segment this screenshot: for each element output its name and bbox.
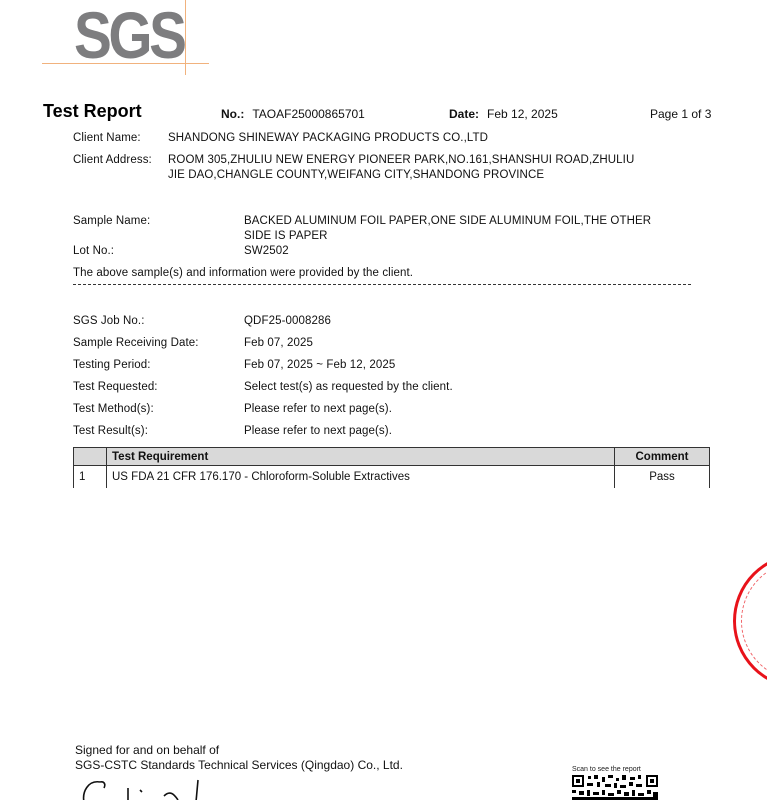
test-methods-value: Please refer to next page(s). bbox=[244, 403, 392, 415]
sgs-logo: SGS bbox=[74, 2, 184, 68]
signature-icon bbox=[78, 778, 218, 800]
test-results-label: Test Result(s): bbox=[73, 425, 148, 437]
testing-period-value: Feb 07, 2025 ~ Feb 12, 2025 bbox=[244, 359, 395, 371]
client-address-line2: JIE DAO,CHANGLE COUNTY,WEIFANG CITY,SHAN… bbox=[168, 169, 544, 181]
test-results-value: Please refer to next page(s). bbox=[244, 425, 392, 437]
test-requested-value: Select test(s) as requested by the clien… bbox=[244, 381, 453, 393]
report-number-value: TAOAF25000865701 bbox=[252, 107, 365, 121]
col-header-no bbox=[74, 448, 107, 466]
receiving-date-label: Sample Receiving Date: bbox=[73, 337, 199, 349]
testing-period-label: Testing Period: bbox=[73, 359, 151, 371]
page-indicator: Page 1 of 3 bbox=[650, 107, 711, 121]
report-date-label: Date: bbox=[449, 107, 479, 121]
client-address-label: Client Address: bbox=[73, 154, 152, 166]
row-no: 1 bbox=[74, 466, 107, 489]
row-comment: Pass bbox=[615, 466, 710, 489]
job-no-value: QDF25-0008286 bbox=[244, 315, 331, 327]
signing-company: SGS-CSTC Standards Technical Services (Q… bbox=[75, 758, 403, 772]
lot-no-label: Lot No.: bbox=[73, 245, 114, 257]
client-address-line1: ROOM 305,ZHULIU NEW ENERGY PIONEER PARK,… bbox=[168, 154, 634, 166]
results-table: Test Requirement Comment 1 US FDA 21 CFR… bbox=[73, 447, 710, 488]
sample-note: The above sample(s) and information were… bbox=[73, 267, 413, 279]
sample-name-label: Sample Name: bbox=[73, 215, 150, 227]
client-name-label: Client Name: bbox=[73, 132, 141, 144]
sample-name-line1: BACKED ALUMINUM FOIL PAPER,ONE SIDE ALUM… bbox=[244, 215, 651, 227]
col-header-requirement: Test Requirement bbox=[107, 448, 615, 466]
results-table-header: Test Requirement Comment bbox=[74, 448, 710, 466]
job-no-label: SGS Job No.: bbox=[73, 315, 145, 327]
report-number-label: No.: bbox=[221, 107, 244, 121]
report-title: Test Report bbox=[43, 101, 142, 122]
col-header-comment: Comment bbox=[615, 448, 710, 466]
dashed-divider bbox=[73, 284, 691, 285]
test-requested-label: Test Requested: bbox=[73, 381, 158, 393]
logo-accent-line-vertical bbox=[185, 0, 186, 75]
test-methods-label: Test Method(s): bbox=[73, 403, 154, 415]
report-date: Date:Feb 12, 2025 bbox=[449, 107, 558, 121]
signed-on-behalf: Signed for and on behalf of bbox=[75, 743, 219, 757]
qr-label: Scan to see the report bbox=[572, 766, 641, 773]
client-name-value: SHANDONG SHINEWAY PACKAGING PRODUCTS CO.… bbox=[168, 132, 488, 144]
lot-no-value: SW2502 bbox=[244, 245, 289, 257]
report-date-value: Feb 12, 2025 bbox=[487, 107, 558, 121]
report-number: No.:TAOAF25000865701 bbox=[221, 107, 365, 121]
receiving-date-value: Feb 07, 2025 bbox=[244, 337, 313, 349]
table-row: 1 US FDA 21 CFR 176.170 - Chloroform-Sol… bbox=[74, 466, 710, 489]
sample-name-line2: SIDE IS PAPER bbox=[244, 230, 328, 242]
qr-code-icon[interactable] bbox=[572, 775, 658, 800]
row-requirement: US FDA 21 CFR 176.170 - Chloroform-Solub… bbox=[107, 466, 615, 489]
logo-accent-line bbox=[42, 63, 209, 64]
